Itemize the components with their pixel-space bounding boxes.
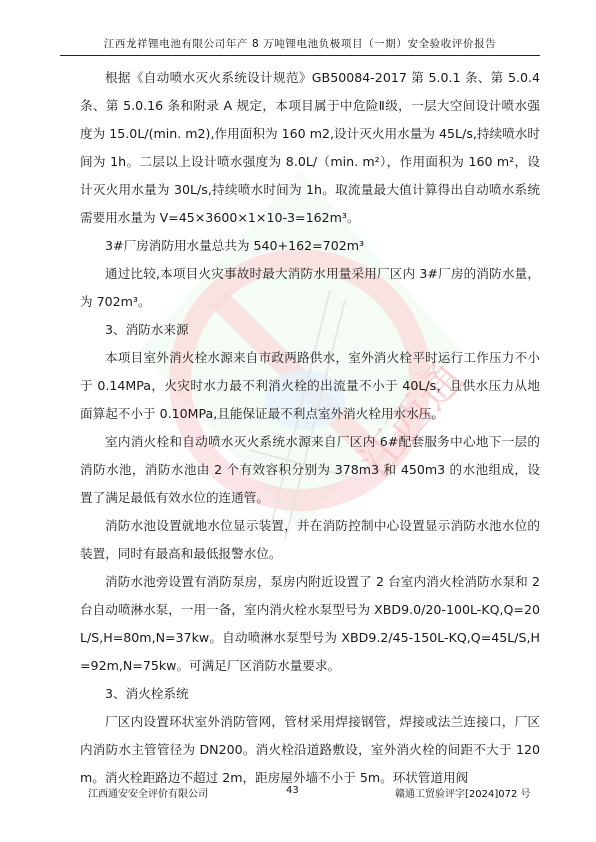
section-heading-hydrant-system: 3、消火栓系统 [80, 680, 540, 708]
paragraph-outdoor-hydrant-source: 本项目室外消火栓水源来自市政两路供水，室外消火栓平时运行工作压力不小于 0.14… [80, 344, 540, 428]
document-page: 江西通 江西龙祥锂电池有限公司年产 8 万吨锂电池负极项目（一期）安全验收评价报… [0, 0, 596, 842]
footer-company: 江西通安安全评价有限公司 [88, 785, 208, 800]
footer-report-number: 赣通工贸验评字[2024]072 号 [395, 785, 531, 800]
section-heading-water-source: 3、消防水来源 [80, 316, 540, 344]
paragraph-pipe-network: 厂区内设置环状室外消防管网，管材采用焊接钢管，焊接或法兰连接口，厂区内消防水主管… [80, 708, 540, 792]
paragraph-comparison: 通过比较,本项目火灾事故时最大消防水用量采用厂区内 3#厂房的消防水量，为 70… [80, 260, 540, 316]
paragraph-water-level-display: 消防水池设置就地水位显示装置，并在消防控制中心设置显示消防水池水位的装置，同时有… [80, 512, 540, 568]
document-body: 根据《自动喷水灭火系统设计规范》GB50084-2017 第 5.0.1 条、第… [80, 64, 540, 792]
footer-page-number: 43 [286, 785, 299, 796]
paragraph-indoor-water-source: 室内消火栓和自动喷水灭火系统水源来自厂区内 6#配套服务中心地下一层的消防水池，… [80, 428, 540, 512]
paragraph-building3-total: 3#厂房消防用水量总共为 540+162=702m³ [80, 232, 540, 260]
report-header-title: 江西龙祥锂电池有限公司年产 8 万吨锂电池负极项目（一期）安全验收评价报告 [60, 36, 540, 51]
paragraph-pump-room: 消防水池旁设置有消防泵房，泵房内附近设置了 2 台室内消火栓消防水泵和 2 台自… [80, 568, 540, 680]
paragraph-sprinkler-calculation: 根据《自动喷水灭火系统设计规范》GB50084-2017 第 5.0.1 条、第… [80, 64, 540, 232]
header-divider [60, 55, 540, 56]
